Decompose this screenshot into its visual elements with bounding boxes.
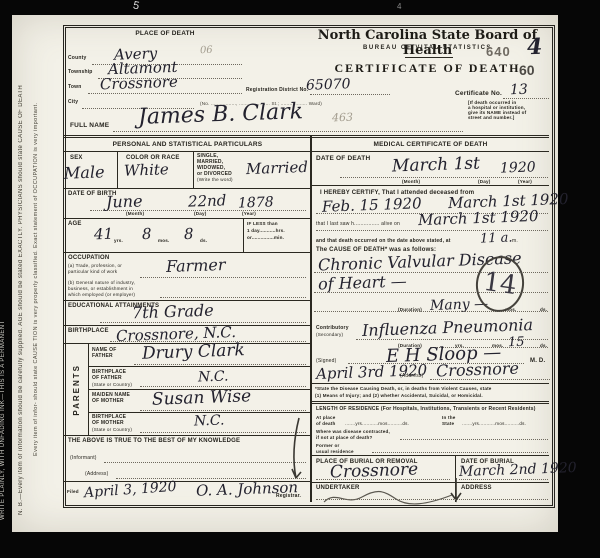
scanned-death-certificate: 5 4 WRITE PLAINLY, WITH UNFADING INK—THI… — [0, 0, 600, 558]
birth-day-value: 22nd — [188, 193, 227, 209]
place-of-death-heading: PLACE OF DEATH — [100, 30, 230, 37]
occupation-label: OCCUPATION — [68, 255, 109, 261]
statement-label: THE ABOVE IS TRUE TO THE BEST OF MY KNOW… — [68, 438, 240, 444]
stamp-14-number: 14 — [482, 267, 519, 301]
mother-name-label: MAIDEN NAME OF MOTHER — [92, 392, 130, 405]
duration2-value: 15 — [508, 336, 525, 350]
county-pencil-note: 06 — [200, 46, 213, 56]
color-race-value: White — [124, 162, 169, 179]
parents-vertical-label: PARENTS — [66, 362, 86, 418]
pen-stroke — [284, 416, 306, 482]
footnote-line: *State the Disease Causing Death, or, in… — [315, 386, 492, 393]
mother-bp-line: (State or Country) — [92, 427, 132, 432]
burial-date-value: March 2nd 1920 — [459, 461, 577, 479]
margin-note-nb: N. B.—Every item of information should b… — [18, 45, 29, 515]
dob-month-sub: (Month) — [126, 211, 144, 216]
age-months-value: 8 — [142, 227, 152, 242]
marital-value: Married — [246, 160, 308, 177]
town-value: Crossnore — [100, 75, 178, 93]
death-month-day-value: March 1st — [392, 155, 480, 175]
mother-label-line: OF MOTHER — [92, 398, 130, 404]
if-less-than-day-note: IF LESS than 1 day...........hrs. or....… — [247, 221, 285, 242]
death-time-label: and that death occurred on the date abov… — [316, 238, 451, 244]
age-years-value: 41 — [94, 227, 114, 243]
father-birthplace-label: BIRTHPLACE OF FATHER (State or Country) — [92, 369, 132, 387]
registration-district-label: Registration District No. — [246, 87, 308, 93]
occ-b-line: which employed (or employer) — [68, 292, 135, 298]
occupation-b-label: (b) General nature of industry, business… — [68, 280, 135, 298]
residence-in-state-label: In the State — [442, 415, 455, 427]
birth-month-value: June — [106, 193, 143, 210]
contributory-label: Contributory (Secondary) — [316, 325, 349, 337]
filed-label: Filed — [67, 489, 79, 494]
city-label: City — [68, 99, 78, 105]
hospital-note-line: street and number.] — [468, 115, 556, 120]
father-label-line: FATHER — [92, 353, 116, 359]
marital-write-word-note: (Write the word) — [197, 177, 233, 182]
dob-year-sub: (Year) — [242, 211, 256, 216]
res-where-line: if not at place of death? — [316, 435, 390, 441]
dob-day-sub: (Day) — [194, 211, 207, 216]
res-at-dots: .......yrs...........mos..........ds. — [345, 421, 409, 426]
father-name-value: Drury Clark — [142, 342, 245, 363]
md-label: M. D. — [530, 358, 545, 364]
handwritten-four: 4 — [527, 36, 543, 59]
bureau-subtitle: BUREAU OF VITAL STATISTICS — [295, 45, 560, 51]
county-label: County — [68, 55, 86, 61]
footnote-line: (1) Means of Injury; and (2) whether Acc… — [315, 393, 492, 400]
full-name-label: FULL NAME — [70, 122, 109, 129]
age-label: AGE — [68, 221, 82, 227]
res-state-dots: .......yrs...........mos..........ds. — [462, 421, 526, 426]
residence-header: LENGTH OF RESIDENCE (For Hospitals, Inst… — [316, 406, 536, 412]
certificate-no-label: Certificate No. — [455, 90, 502, 97]
signed-address-label: (Address) — [400, 373, 423, 379]
informant-address-label: (Address) — [85, 471, 108, 477]
age-ds-unit: ds. — [200, 238, 207, 243]
occupation-value: Farmer — [166, 257, 226, 275]
margin-note-fragments: Every item of infor- should state CAUSE … — [33, 16, 45, 456]
disease-contracted-label: Where was disease contracted, if not at … — [316, 429, 390, 441]
last-saw-value: March 1st 1920 — [418, 209, 539, 228]
town-label: Town — [68, 84, 81, 90]
occupation-a-label: (a) Trade, profession, or particular kin… — [68, 263, 122, 275]
dod-month-sub: (Month) — [402, 179, 420, 184]
res-state-line: State — [442, 421, 455, 427]
mother-birthplace-value: N.C. — [194, 413, 225, 428]
death-time-m: m. — [512, 238, 518, 244]
death-time-value: 11 a. — [480, 231, 513, 245]
death-year-value: 1920 — [500, 160, 536, 175]
cause-footnote: *State the Disease Causing Death, or, in… — [315, 386, 492, 399]
registration-district-value: 65070 — [306, 77, 351, 93]
age-mos-unit: mos. — [158, 238, 170, 243]
certificate-no-value: 13 — [510, 83, 528, 98]
last-saw-label: that I last saw h................ alive … — [316, 221, 400, 227]
residence-at-place-label: At place of death — [316, 415, 335, 427]
age-days-value: 8 — [184, 227, 194, 242]
birthplace-label: BIRTHPLACE — [68, 328, 109, 334]
cause-line2-value: of Heart — — [318, 273, 407, 292]
contributory-line: (Secondary) — [316, 332, 349, 337]
full-name-value: James B. Clark — [138, 101, 304, 129]
mother-birthplace-label: BIRTHPLACE OF MOTHER (State or Country) — [92, 414, 132, 432]
duration-ds-unit: ds. — [540, 307, 547, 312]
stamp-60: 60 — [519, 62, 535, 78]
father-birthplace-value: N.C. — [198, 369, 229, 384]
if-less-line: or...............min. — [247, 235, 285, 242]
personal-section-heading: PERSONAL AND STATISTICAL PARTICULARS — [65, 141, 310, 148]
parents-label-text: PARENTS — [72, 364, 81, 416]
sex-label: SEX — [70, 155, 83, 161]
father-bp-line: (State or Country) — [92, 382, 132, 387]
res-at-line: of death — [316, 421, 335, 427]
dod-year-sub: (Year) — [518, 179, 532, 184]
township-label: Township — [68, 69, 93, 75]
if-less-line: 1 day...........hrs. — [247, 228, 285, 235]
faint-pencil-number: 463 — [332, 112, 353, 124]
burial-place-value: Crossnore — [330, 461, 419, 481]
if-less-line: IF LESS than — [247, 221, 285, 228]
date-of-death-label: DATE OF DEATH — [316, 155, 370, 162]
contributory-line: Contributory — [316, 325, 349, 332]
marital-label: SINGLE, MARRIED, WIDOWED, or DIVORCED (W… — [197, 153, 233, 182]
file-number-stamp: 640 — [486, 44, 511, 59]
hospital-note: [If death occurred in a hospital or inst… — [468, 100, 556, 120]
margin-note-permanent-ink: WRITE PLAINLY, WITH UNFADING INK—THIS IS… — [0, 35, 12, 520]
signed-label: (Signed) — [316, 358, 337, 364]
undertaker-address-label: ADDRESS — [461, 485, 492, 491]
signed-address-value: Crossnore — [436, 361, 520, 380]
birth-year-value: 1878 — [238, 195, 274, 210]
duration2-ds-unit: ds. — [540, 343, 547, 348]
medical-section-heading: MEDICAL CERTIFICATE OF DEATH — [312, 141, 549, 148]
education-value: 7th Grade — [132, 303, 214, 322]
father-name-label: NAME OF FATHER — [92, 347, 116, 360]
sex-value: Male — [64, 164, 105, 181]
scan-edge-mark: 4 — [397, 2, 401, 11]
mother-name-value: Susan Wise — [152, 388, 252, 408]
age-yrs-unit: yrs. — [114, 238, 123, 243]
scan-edge-mark: 5 — [132, 0, 140, 13]
former-residence-label: Former or usual residence — [316, 443, 354, 455]
registrar-label: Registrar. — [276, 493, 301, 499]
informant-label: (Informant) — [70, 455, 97, 461]
occ-a-line: particular kind of work — [68, 269, 122, 275]
dod-day-sub: (Day) — [478, 179, 491, 184]
board-of-health-title: North Carolina State Board of Health — [295, 28, 560, 58]
